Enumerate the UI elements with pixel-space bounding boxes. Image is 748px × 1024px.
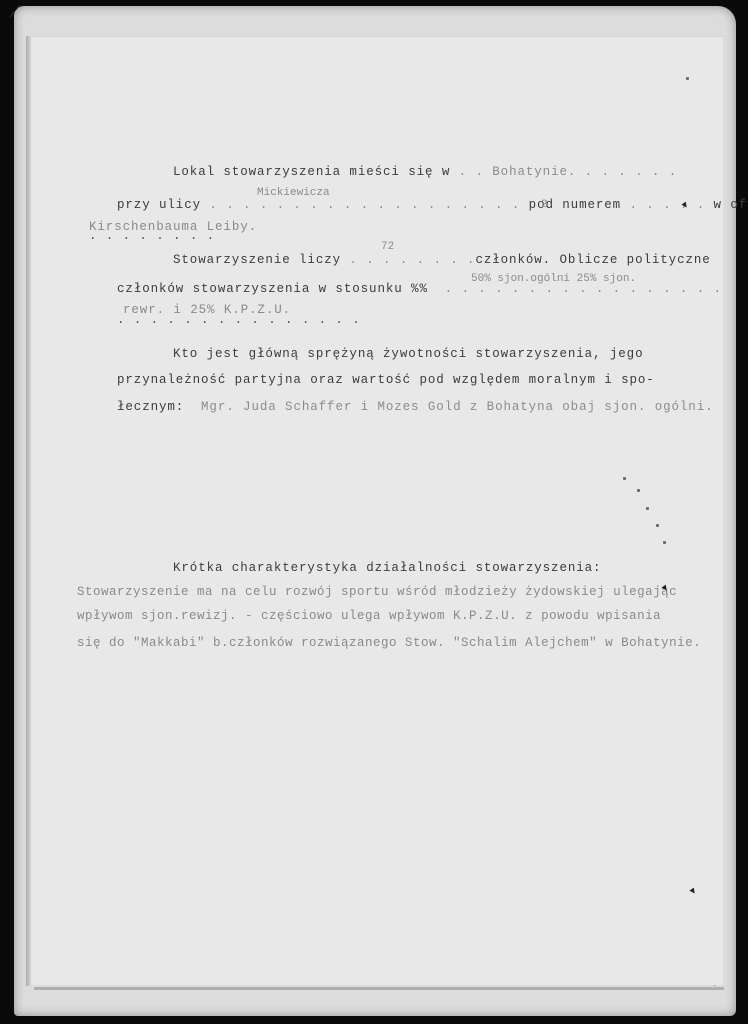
members-dot-leader: . . . . . . . . . . . . . . .: [117, 313, 361, 327]
ink-speck: [656, 524, 659, 527]
ink-speck: [623, 477, 626, 480]
leaders-question-line-3: łecznym: Mgr. Juda Schaffer i Mozes Gold…: [117, 400, 714, 414]
members-count-label: Stowarzyszenie liczy: [173, 253, 341, 267]
political-ratio-value: 50% sjon.ogólni 25% sjon.: [471, 273, 636, 285]
characteristics-heading: Krótka charakterystyka działalności stow…: [173, 561, 601, 575]
corner-tear-icon: ⟋: [4, 2, 26, 24]
political-profile-label: członków. Oblicze polityczne: [475, 253, 710, 267]
ink-speck: [646, 507, 649, 510]
street-label: przy ulicy: [117, 198, 201, 212]
leaders-value: Mgr. Juda Schaffer i Mozes Gold z Bohaty…: [201, 400, 713, 414]
ink-speck: [637, 489, 640, 492]
leaders-question-line-2: przynależność partyjna oraz wartość pod …: [117, 373, 655, 387]
ink-speck: [663, 541, 666, 544]
members-line-1: Stowarzyszenie liczy . . . . . . . .czło…: [173, 253, 711, 267]
leaders-question-line-1: Kto jest główną sprężyną żywotności stow…: [173, 347, 643, 361]
owner-dot-leader: . . . . . . . .: [89, 229, 215, 243]
location-town-value: Bohatynie.: [492, 165, 576, 179]
ink-speck: [686, 77, 689, 80]
number-value: 2: [541, 199, 548, 211]
leaders-label: łecznym:: [117, 400, 184, 414]
characteristics-line-3: się do "Makkabi" b.członków rozwiązanego…: [77, 636, 701, 650]
street-value: Mickiewicza: [257, 187, 330, 199]
document-page: Lokal stowarzyszenia mieści się w . . Bo…: [30, 36, 723, 985]
characteristics-line-1: Stowarzyszenie ma na celu rozwój sportu …: [77, 585, 677, 599]
characteristics-line-2: wpływom sjon.rewizj. - częściowo ulega w…: [77, 609, 661, 623]
ratio-label: członków stowarzyszenia w stosunku %%: [117, 282, 428, 296]
annex-label: w oficynie: [714, 198, 748, 212]
sheet-fold-bottom: [34, 987, 724, 990]
margin-tick-mark: ▾: [685, 882, 702, 901]
location-line-1: Lokal stowarzyszenia mieści się w . . Bo…: [173, 165, 677, 179]
location-label: Lokal stowarzyszenia mieści się w: [173, 165, 450, 179]
location-line-2: przy ulicy . . . . . . . . . . . . . . .…: [117, 198, 748, 212]
member-count-value: 72: [381, 241, 394, 253]
